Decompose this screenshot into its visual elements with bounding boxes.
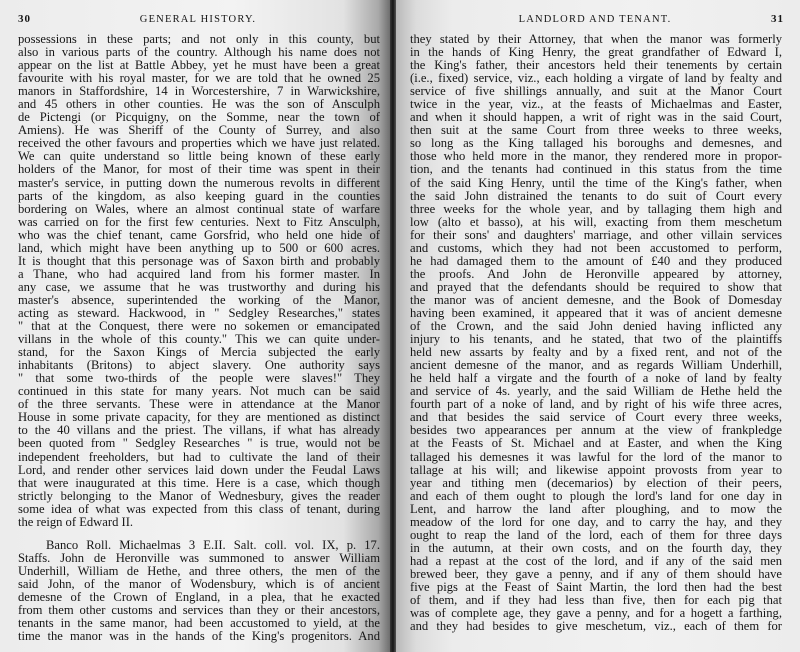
left-body-text: possessions in these parts; and not only… [18,33,378,643]
text-line: five pigs at the Feast of Saint Martin, … [410,581,782,594]
text-line: the reign of Edward II. [18,516,380,529]
text-line: possessions in these parts; and not only… [18,33,380,46]
text-line: villans in the whole of this county." Th… [18,333,380,346]
text-line: injury to his tenants, and he stated, th… [410,333,782,346]
text-line: acting as steward. Hackwood, in " Sedgle… [18,307,380,320]
text-line: de Pictengi (or Picquigny, on the Somme,… [18,111,380,124]
text-line: so long as the King tallaged his borough… [410,137,782,150]
text-line: twice in the year, viz., at the feasts o… [410,98,782,111]
text-line: fourth part of a noke of land, and by ri… [410,398,782,411]
text-line: Amiens). He was Sheriff of the County of… [18,124,380,137]
text-line: was carried on for the first few centuri… [18,216,380,229]
text-line: " that at the Conquest, there were no so… [18,320,380,333]
text-line: that were inaugurated at this time. Here… [18,477,380,490]
text-line: and customs, which they had not been acc… [410,242,782,255]
text-line: for their sons' and daughters' marriage,… [410,229,782,242]
text-line: the said John distrained the tenants to … [410,190,782,203]
right-running-title: LANDLORD AND TENANT. [432,14,758,25]
text-line: they stated by their Attorney, that when… [410,33,782,46]
citation-line: time the manor was in the hands of the K… [18,630,380,643]
left-running-title: GENERAL HISTORY. [44,14,352,25]
text-line: and 45 others in other counties. He was … [18,98,380,111]
text-line: meadow of the lord for one day, and to c… [410,516,782,529]
text-line: master's service, in putting down the nu… [18,177,380,190]
text-line: favourite with his royal master, for we … [18,72,380,85]
text-line: House in some private capacity, for they… [18,411,380,424]
text-line: bordering on Wales, where an almost cont… [18,203,380,216]
text-line: some idea of what was expected from this… [18,503,380,516]
text-line: year and tithing men (decemarios) by ele… [410,477,782,490]
text-line: master's absence, superintended the work… [18,294,380,307]
right-body-text: they stated by their Attorney, that when… [406,33,784,633]
text-line: those who held more in the manor, they r… [410,150,782,163]
text-line: manors in Staffordshire, 14 in Worcester… [18,85,380,98]
text-line: in the hands of King Henry, the great gr… [410,46,782,59]
right-page: LANDLORD AND TENANT. 31 they stated by t… [396,0,800,652]
text-line: any case, we assume that he was trustwor… [18,281,380,294]
text-line: and they had besides to give meschetum, … [410,620,782,633]
citation-line: Staffs. John de Heronville was summoned … [18,552,380,565]
left-page-number: 30 [18,13,44,25]
text-line: in the autumn, at their own costs, and o… [410,542,782,555]
text-line: at the Feasts of St. Michael and at East… [410,437,782,450]
text-line: It is thought that this personage was of… [18,255,380,268]
text-line: parts of the kingdom, as also keeping gu… [18,190,380,203]
text-line: ought to reap the land of the lord, each… [410,529,782,542]
book-spread: 30 GENERAL HISTORY. possessions in these… [0,0,800,652]
text-line: appear on the list at Battle Abbey, yet … [18,59,380,72]
text-line: stand, for the Saxon Kings of Mercia sub… [18,346,380,359]
text-line: tallaged his demesnes it was lawful for … [410,451,782,464]
text-line: who was the chief tenant, came Gorsfrid,… [18,229,380,242]
text-line: Lord, and render other services laid dow… [18,464,380,477]
text-line: inhabitants (Britons) to abject slavery.… [18,359,380,372]
text-line: of the three servants. These were in att… [18,398,380,411]
text-line: held new assarts by fealty and by a fixe… [410,346,782,359]
text-line: independent freeholders, but had to cult… [18,451,380,464]
text-line: been quoted from " Sedgley Researches " … [18,437,380,450]
text-line: of the said King Henry, until the time o… [410,177,782,190]
left-page: 30 GENERAL HISTORY. possessions in these… [0,0,390,652]
text-line: service of five shillings annually, and … [410,85,782,98]
text-line: besides two appearances per annum at the… [410,424,782,437]
text-line: We can quite understand so little being … [18,150,380,163]
text-line: strictly belonging to the Manor of Wedne… [18,490,380,503]
text-line: (i.e., fixed) service, viz., each holdin… [410,72,782,85]
text-line: having been examined, it appeared that i… [410,307,782,320]
citation-line: Banco Roll. Michaelmas 3 E.II. Salt. col… [18,539,380,552]
text-line: " that some two-thirds of the people wer… [18,372,380,385]
text-line: and that besides the said service of Cou… [410,411,782,424]
text-line: had a repast at the cost of the lord, an… [410,555,782,568]
text-line: a Thane, who had acquired land from his … [18,268,380,281]
text-line: and when it should happen, a writ of rig… [410,111,782,124]
text-line: of them, and if they had less than five,… [410,594,782,607]
text-line: then suit at the same Court from three w… [410,124,782,137]
text-line: was of complete age, they gave a penny, … [410,607,782,620]
citation-line: from them other customs and services tha… [18,604,380,617]
text-line: received the other favours and propertie… [18,137,380,150]
text-line: to the 40 villans and the priest. The vi… [18,424,380,437]
text-line: tion, and the tenants had continued in t… [410,163,782,176]
text-line: brewed beer, they gave a penny, and if a… [410,568,782,581]
text-line: also in various parts of the country. Al… [18,46,380,59]
text-line: and service of 4s. yearly, and the said … [410,385,782,398]
text-line: the King's father, their ancestors held … [410,59,782,72]
right-running-head: LANDLORD AND TENANT. 31 [406,13,784,33]
text-line: and prayed that the defendants should be… [410,281,782,294]
text-line: low (alto et basso), at his will, exacti… [410,216,782,229]
citation-line: tenants in the same manor, had been accu… [18,617,380,630]
text-line: land, which might have been anything up … [18,242,380,255]
text-line: the manor was of ancient demesne, and th… [410,294,782,307]
citation-line: demesne of the Crown of England, in a pl… [18,591,380,604]
left-running-head: 30 GENERAL HISTORY. [18,13,378,33]
text-line: of the Crown, and the said John denied h… [410,320,782,333]
text-line: holders of the Manor, for most of their … [18,163,380,176]
text-line: continued in this state for many years. … [18,385,380,398]
text-line: the proofs. And John de Heronville appea… [410,268,782,281]
text-line: three weeks for the whole year, and by t… [410,203,782,216]
text-line: tallage at his will; and likewise appoin… [410,464,782,477]
citation-line: said John, of the manor of Wodensbury, w… [18,578,380,591]
text-line: Lent, and harrow the land after ploughin… [410,503,782,516]
right-page-number: 31 [758,13,784,25]
text-line: ancient demesne of the manor, and as reg… [410,359,782,372]
text-line: he had damaged them to the amount of £40… [410,255,782,268]
text-line: he held half a virgate and the fourth of… [410,372,782,385]
citation-line: Underhill, William de Hethe, and three o… [18,565,380,578]
text-line: and each of them ought to plough the lor… [410,490,782,503]
